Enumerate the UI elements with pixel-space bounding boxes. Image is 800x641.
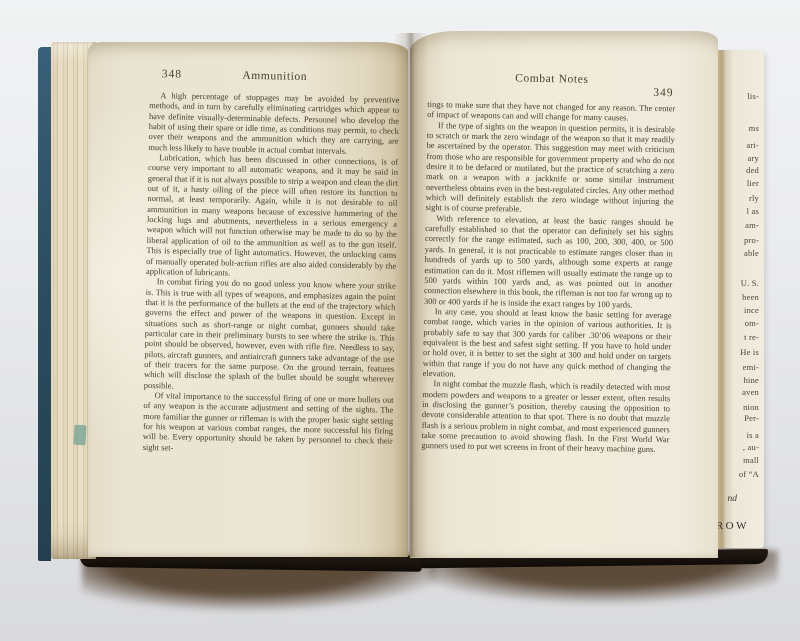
flap-text-fragment: hine (744, 375, 759, 385)
flap-text-fragment: om- (745, 318, 759, 328)
paragraph: Of vital importance to the successful fi… (143, 390, 394, 457)
flap-text-fragment: ded (746, 165, 759, 175)
flap-text-fragment: am- (745, 220, 759, 230)
right-page-content: Combat Notes 349 tings to make sure that… (421, 67, 676, 455)
left-page: 348 Ammunition A high percentage of stop… (88, 42, 408, 557)
right-page-number: 349 (653, 87, 673, 99)
flap-italic-fragment: nd (728, 494, 738, 504)
flap-text-fragment: aven (742, 387, 759, 397)
flap-publisher-fragment: ROW (716, 520, 749, 532)
flap-text-fragment: of “A (739, 469, 759, 479)
paragraph: A high percentage of stoppages may be av… (148, 90, 399, 157)
flap-text-fragment: t re- (744, 332, 759, 342)
flap-text-fragment: is a (747, 430, 759, 440)
right-running-head: Combat Notes (428, 67, 676, 87)
left-page-text: A high percentage of stoppages may be av… (143, 90, 400, 457)
page-edge-mark (73, 425, 86, 446)
left-page-content: 348 Ammunition A high percentage of stop… (143, 64, 400, 457)
flap-text-fragment: , au- (743, 442, 759, 452)
paragraph: In night combat the muzzle flash, which … (421, 378, 670, 455)
flap-text-fragment: mall (743, 455, 759, 465)
flap-text-fragment: He is (740, 347, 759, 357)
paragraph: Lubrication, which has been discussed in… (146, 152, 398, 281)
flap-text-fragment: ari- (746, 140, 759, 150)
book-blue-cover-edge (38, 47, 51, 561)
flap-text-fragment: ince (744, 305, 759, 315)
flap-text-fragment: U. S. (741, 278, 759, 288)
paragraph: With reference to elevation, at least th… (424, 213, 674, 310)
flap-text-fragment: been (742, 292, 759, 302)
flap-text-fragment: ms (749, 123, 759, 133)
flap-text-fragment: ary (748, 153, 759, 163)
left-running-head: Ammunition (150, 64, 400, 85)
left-page-number: 348 (162, 68, 182, 80)
right-page: Combat Notes 349 tings to make sure that… (410, 31, 718, 558)
right-page-header: Combat Notes 349 (427, 67, 675, 101)
paragraph: In any case, you should at least know th… (423, 306, 672, 383)
flap-text-fragment: lier (747, 178, 759, 188)
paragraph: In combat firing you do no good unless y… (144, 276, 396, 395)
flap-text-fragment: able (744, 248, 759, 258)
flap-text-fragment: rly (749, 193, 759, 203)
flap-text-fragment: emi- (743, 362, 759, 372)
flap-text-fragment: l as (747, 206, 759, 216)
open-book-photo: nd ROW lis-msari-arydedlierrlyl asam-pro… (0, 0, 800, 641)
flap-text-fragment: Per- (744, 413, 759, 423)
left-page-header: 348 Ammunition (150, 64, 400, 93)
paragraph: If the type of sights on the weapon in q… (425, 120, 675, 217)
flap-text-fragment: pro- (744, 235, 759, 245)
right-page-text: tings to make sure that they have not ch… (421, 99, 675, 455)
flap-text-fragment: lis- (747, 91, 759, 101)
flap-text-fragment: nion (743, 402, 759, 412)
